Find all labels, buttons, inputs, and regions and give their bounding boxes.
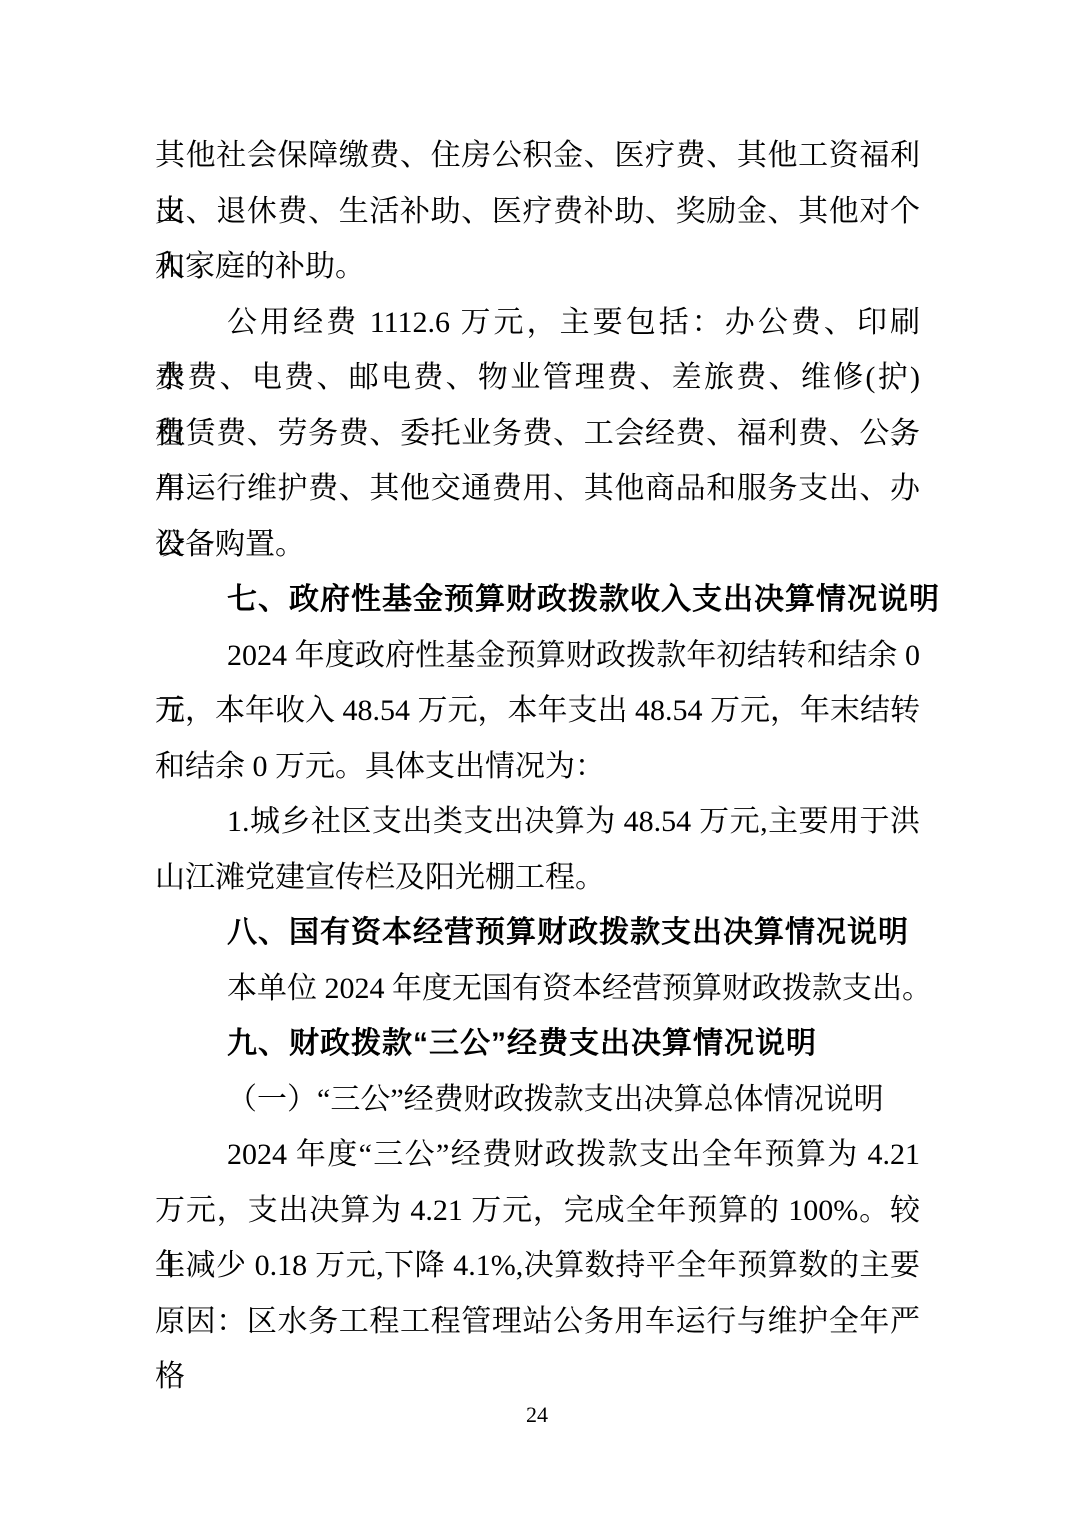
paragraph-line: 元，本年收入 48.54 万元，本年支出 48.54 万元，年末结转: [155, 683, 920, 739]
paragraph-line: 年减少 0.18 万元,下降 4.1%,决算数持平全年预算数的主要: [155, 1238, 920, 1294]
paragraph-line: 其他社会保障缴费、住房公积金、医疗费、其他工资福利支: [155, 128, 920, 184]
paragraph-line: 2024 年度政府性基金预算财政拨款年初结转和结余 0 万: [155, 628, 920, 684]
paragraph-line: 本单位 2024 年度无国有资本经营预算财政拨款支出。: [155, 961, 920, 1017]
paragraph-line: 和结余 0 万元。具体支出情况为：: [155, 739, 920, 795]
section-heading-nine: 九、财政拨款“三公”经费支出决算情况说明: [155, 1016, 920, 1072]
paragraph-line: 万元，支出决算为 4.21 万元，完成全年预算的 100%。较上: [155, 1183, 920, 1239]
page-number: 24: [0, 1398, 1074, 1432]
paragraph-line: 租赁费、劳务费、委托业务费、工会经费、福利费、公务用: [155, 406, 920, 462]
paragraph-line: 2024 年度“三公”经费财政拨款支出全年预算为 4.21: [155, 1127, 920, 1183]
paragraph-line: 1.城乡社区支出类支出决算为 48.54 万元,主要用于洪: [155, 794, 920, 850]
paragraph-line: 公用经费 1112.6 万元，主要包括：办公费、印刷费、: [155, 295, 920, 351]
paragraph-line: 车运行维护费、其他交通费用、其他商品和服务支出、办公: [155, 461, 920, 517]
paragraph-line: 设备购置。: [155, 517, 920, 573]
paragraph-line: 和家庭的补助。: [155, 239, 920, 295]
section-heading-eight: 八、国有资本经营预算财政拨款支出决算情况说明: [155, 905, 920, 961]
paragraph-line: 出、退休费、生活补助、医疗费补助、奖励金、其他对个人: [155, 184, 920, 240]
document-page: 其他社会保障缴费、住房公积金、医疗费、其他工资福利支 出、退休费、生活补助、医疗…: [0, 0, 1074, 1520]
paragraph-line: 山江滩党建宣传栏及阳光棚工程。: [155, 850, 920, 906]
paragraph-line: 水费、电费、邮电费、物业管理费、差旅费、维修(护)费、: [155, 350, 920, 406]
section-heading-seven: 七、政府性基金预算财政拨款收入支出决算情况说明: [155, 572, 920, 628]
subsection-heading: （一）“三公”经费财政拨款支出决算总体情况说明: [155, 1072, 920, 1128]
paragraph-line: 原因：区水务工程工程管理站公务用车运行与维护全年严格: [155, 1294, 920, 1350]
document-body: 其他社会保障缴费、住房公积金、医疗费、其他工资福利支 出、退休费、生活补助、医疗…: [155, 128, 920, 1349]
